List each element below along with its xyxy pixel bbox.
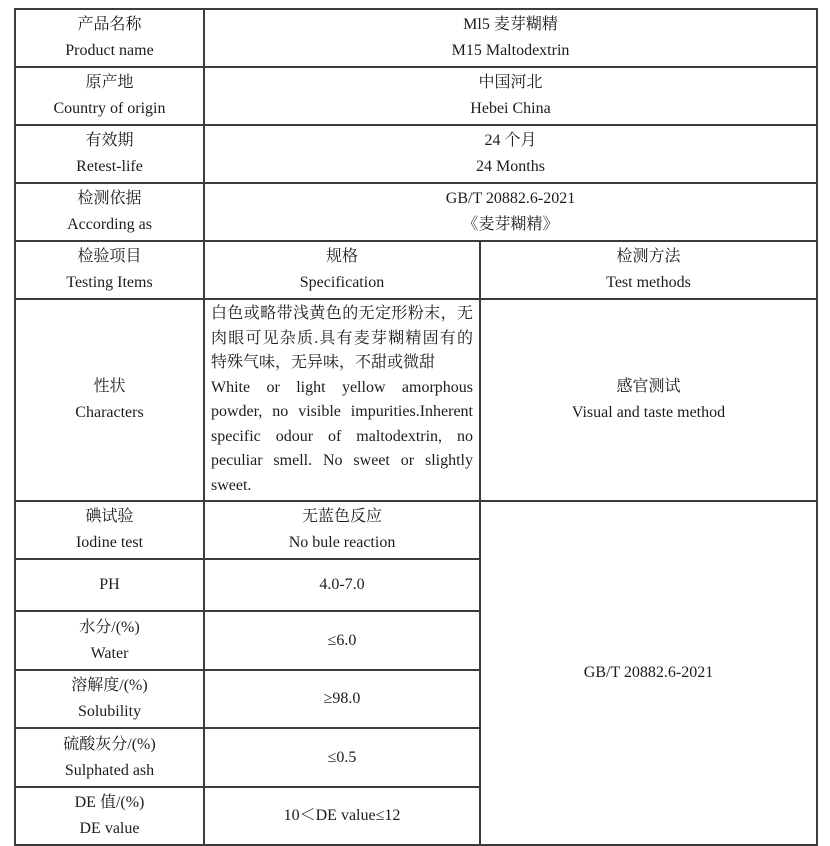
header-zh: 检测方法 (487, 244, 810, 270)
label-zh: 原产地 (22, 70, 197, 96)
label-en: Solubility (22, 699, 197, 725)
spec-en: No bule reaction (211, 530, 473, 556)
spec-value: ≤0.5 (211, 745, 473, 771)
value-zh: 24 个月 (211, 128, 810, 154)
label-en: Product name (22, 38, 197, 64)
cell-ash-spec: ≤0.5 (204, 728, 480, 787)
label-en: Characters (22, 400, 197, 426)
specification-document: 产品名称 Product name Ml5 麦芽糊精 M15 Maltodext… (14, 8, 818, 846)
spec-value: 10＜DE value≤12 (211, 803, 473, 829)
cell-according-label: 检测依据 According as (15, 183, 204, 241)
label-zh: 水分/(%) (22, 615, 197, 641)
header-test-methods: 检测方法 Test methods (480, 241, 817, 299)
merged-method-standard: GB/T 20882.6-2021 (487, 660, 810, 686)
row-characters: 性状 Characters 白色或略带浅黄色的无定形粉末，无 肉眼可见杂质.具有… (15, 299, 817, 501)
cell-characters-method: 感官测试 Visual and taste method (480, 299, 817, 501)
spec-value: ≤6.0 (211, 628, 473, 654)
header-en: Specification (211, 270, 473, 296)
cell-de-spec: 10＜DE value≤12 (204, 787, 480, 845)
label-zh: 碘试验 (22, 504, 197, 530)
label-zh: 有效期 (22, 128, 197, 154)
cell-solubility-label: 溶解度/(%) Solubility (15, 670, 204, 728)
method-en: Visual and taste method (487, 400, 810, 426)
label-en: Country of origin (22, 96, 197, 122)
spec-zh: 无蓝色反应 (211, 504, 473, 530)
cell-ph-label: PH (15, 559, 204, 611)
spec-value: ≥98.0 (211, 686, 473, 712)
label-zh: 产品名称 (22, 12, 197, 38)
label-zh: 溶解度/(%) (22, 673, 197, 699)
cell-retest-label: 有效期 Retest-life (15, 125, 204, 183)
cell-iodine-spec: 无蓝色反应 No bule reaction (204, 501, 480, 559)
value-en: Hebei China (211, 96, 810, 122)
cell-solubility-spec: ≥98.0 (204, 670, 480, 728)
value-en: 24 Months (211, 154, 810, 180)
value-standard-name: 《麦芽糊精》 (211, 212, 810, 238)
header-en: Testing Items (22, 270, 197, 296)
cell-product-name-label: 产品名称 Product name (15, 9, 204, 67)
label: PH (22, 574, 197, 596)
value-zh: Ml5 麦芽糊精 (211, 12, 810, 38)
label-zh: 硫酸灰分/(%) (22, 732, 197, 758)
label-en: Water (22, 641, 197, 667)
method-zh: 感官测试 (487, 374, 810, 400)
row-column-headers: 检验项目 Testing Items 规格 Specification 检测方法… (15, 241, 817, 299)
cell-characters-label: 性状 Characters (15, 299, 204, 501)
spec-table: 产品名称 Product name Ml5 麦芽糊精 M15 Maltodext… (14, 8, 818, 846)
cell-water-label: 水分/(%) Water (15, 611, 204, 670)
cell-origin-label: 原产地 Country of origin (15, 67, 204, 125)
value-zh: 中国河北 (211, 70, 810, 96)
cell-water-spec: ≤6.0 (204, 611, 480, 670)
label-en: Sulphated ash (22, 758, 197, 784)
row-country-of-origin: 原产地 Country of origin 中国河北 Hebei China (15, 67, 817, 125)
row-retest-life: 有效期 Retest-life 24 个月 24 Months (15, 125, 817, 183)
row-iodine-test: 碘试验 Iodine test 无蓝色反应 No bule reaction G… (15, 501, 817, 559)
label-zh: 检测依据 (22, 186, 197, 212)
spec-paragraph-en: White or light yellow amorphous powder, … (211, 376, 473, 499)
cell-according-value: GB/T 20882.6-2021 《麦芽糊精》 (204, 183, 817, 241)
row-product-name: 产品名称 Product name Ml5 麦芽糊精 M15 Maltodext… (15, 9, 817, 67)
cell-merged-test-method: GB/T 20882.6-2021 (480, 501, 817, 845)
cell-origin-value: 中国河北 Hebei China (204, 67, 817, 125)
header-zh: 检验项目 (22, 244, 197, 270)
cell-ash-label: 硫酸灰分/(%) Sulphated ash (15, 728, 204, 787)
spec-value: 4.0-7.0 (211, 574, 473, 596)
row-according-as: 检测依据 According as GB/T 20882.6-2021 《麦芽糊… (15, 183, 817, 241)
spec-paragraph-zh: 白色或略带浅黄色的无定形粉末，无 肉眼可见杂质.具有麦芽糊精固有的 特殊气味，无… (211, 302, 473, 376)
header-specification: 规格 Specification (204, 241, 480, 299)
label-zh: DE 值/(%) (22, 790, 197, 816)
cell-iodine-label: 碘试验 Iodine test (15, 501, 204, 559)
header-testing-items: 检验项目 Testing Items (15, 241, 204, 299)
value-en: M15 Maltodextrin (211, 38, 810, 64)
cell-retest-value: 24 个月 24 Months (204, 125, 817, 183)
label-en: DE value (22, 816, 197, 842)
label-en: Retest-life (22, 154, 197, 180)
label-en: According as (22, 212, 197, 238)
label-en: Iodine test (22, 530, 197, 556)
header-en: Test methods (487, 270, 810, 296)
cell-characters-spec: 白色或略带浅黄色的无定形粉末，无 肉眼可见杂质.具有麦芽糊精固有的 特殊气味，无… (204, 299, 480, 501)
value-standard: GB/T 20882.6-2021 (211, 186, 810, 212)
cell-ph-spec: 4.0-7.0 (204, 559, 480, 611)
header-zh: 规格 (211, 244, 473, 270)
label-zh: 性状 (22, 374, 197, 400)
cell-product-name-value: Ml5 麦芽糊精 M15 Maltodextrin (204, 9, 817, 67)
cell-de-label: DE 值/(%) DE value (15, 787, 204, 845)
